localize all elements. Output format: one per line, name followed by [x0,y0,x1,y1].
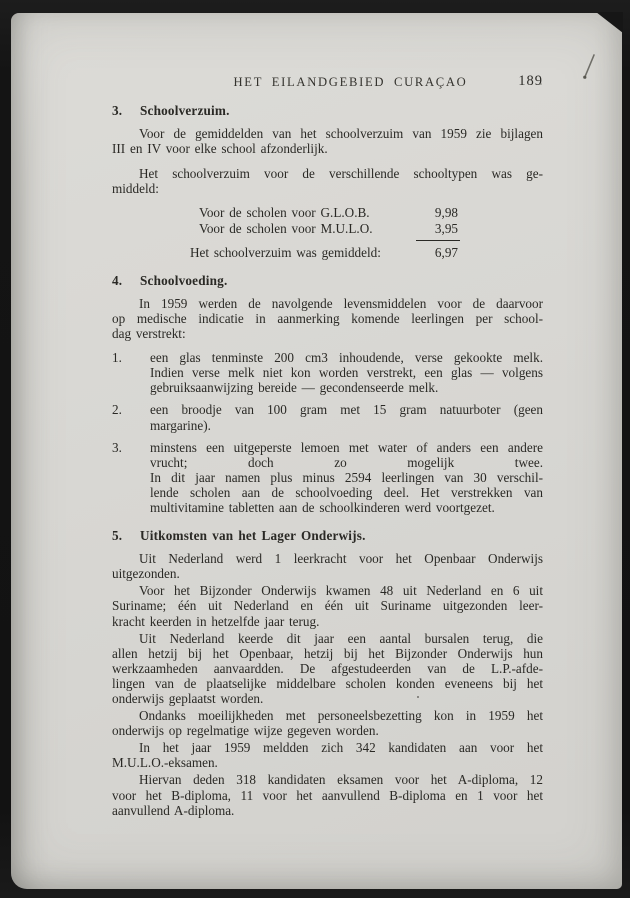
section-heading: 4. Schoolvoeding. [112,273,543,288]
paragraph: Hiervan deden 318 kandidaten eksamen voo… [112,772,543,817]
list-item-text: een glas tenminste 200 cm3 inhoudende, v… [150,350,543,395]
row-label: Voor de scholen voor M.U.L.O. [199,221,373,236]
running-header: HET EILANDGEBIED CURAÇAO 189 [112,75,543,93]
text-line: dag verstrekt: [112,326,543,341]
list-item: 2. een broodje van 100 gram met 15 gram … [112,402,543,432]
row-value: 3,95 [416,221,458,236]
document-page: HET EILANDGEBIED CURAÇAO 189 3. Schoolve… [11,13,622,889]
text-line: margarine). [150,418,543,433]
list-item-number: 3. [112,440,150,515]
text-line: uitgezonden. [112,566,543,581]
text-line: Indien verse melk niet kon worden verstr… [150,365,543,380]
paragraph: Het schoolverzuim voor de verschillende … [112,166,543,196]
text-line: In het jaar 1959 meldden zich 342 kandid… [112,740,543,755]
section-title: Uitkomsten van het Lager Onderwijs. [140,528,366,543]
text-line: gebruiksaanwijzing bereide — gecondensee… [150,380,543,395]
text-line: In 1959 werden de navolgende levensmidde… [112,296,543,311]
text-line: een broodje van 100 gram met 15 gram nat… [150,402,543,417]
section-heading: 5. Uitkomsten van het Lager Onderwijs. [112,528,543,543]
text-line: kracht keerden in hetzelfde jaar terug. [112,614,543,629]
text-line: multivitamine tabletten aan de schoolkin… [150,500,543,515]
table-total-row: Het schoolverzuim was gemiddeld: 6,97 [190,245,458,260]
text-line: aanvullend A-diploma. [112,803,543,818]
paragraph: Uit Nederland keerde dit jaar een aantal… [112,631,543,706]
row-value: 9,98 [416,205,458,220]
pencil-tick-mark [567,49,607,89]
list-item-number: 1. [112,350,150,395]
paragraph: Uit Nederland werd 1 leerkracht voor het… [112,551,543,581]
text-line: Suriname; één uit Nederland en één uit S… [112,598,543,613]
text-line: een glas tenminste 200 cm3 inhoudende, v… [150,350,543,365]
dust-speck [539,83,542,85]
text-line: minstens een uitgeperste lemoen met wate… [150,440,543,455]
total-label: Het schoolverzuim was gemiddeld: [190,245,381,260]
section-number: 4. [112,273,140,288]
text-line: voor het B-diploma, 11 voor het aanvulle… [112,788,543,803]
list-item: 1. een glas tenminste 200 cm3 inhoudende… [112,350,543,395]
text-line: vrucht; doch zo mogelijk twee. [150,455,543,470]
section-number: 5. [112,528,140,543]
section-schoolvoeding: 4. Schoolvoeding. In 1959 werden de navo… [112,273,543,515]
text-line: Uit Nederland werd 1 leerkracht voor het… [112,551,543,566]
page-body: 3. Schoolverzuim. Voor de gemiddelden va… [112,103,543,818]
dust-speck [159,113,161,115]
section-uitkomsten-lager-onderwijs: 5. Uitkomsten van het Lager Onderwijs. U… [112,528,543,818]
absence-averages-table: Voor de scholen voor G.L.O.B. 9,98 Voor … [190,205,458,259]
list-item-text: een broodje van 100 gram met 15 gram nat… [150,402,543,432]
text-line: M.U.L.O.-eksamen. [112,755,543,770]
text-line: lende scholen aan de schoolvoeding deel.… [150,485,543,500]
list-item-text: minstens een uitgeperste lemoen met wate… [150,440,543,515]
text-line: In dit jaar namen plus minus 2594 leerli… [150,470,543,485]
section-heading: 3. Schoolverzuim. [112,103,543,118]
table-row: Voor de scholen voor M.U.L.O. 3,95 [190,221,458,236]
section-title: Schoolvoeding. [140,273,227,288]
text-line: middeld: [112,181,543,196]
text-line: op medische indicatie in aanmerking kome… [112,311,543,326]
text-line: III en IV voor elke school afzonderlijk. [112,141,543,156]
paragraph: Ondanks moeilijkheden met personeelsbeze… [112,708,543,738]
dust-speck [417,696,419,698]
numbered-list: 1. een glas tenminste 200 cm3 inhoudende… [112,350,543,515]
row-label: Voor de scholen voor G.L.O.B. [199,205,370,220]
cut-corner [596,12,623,33]
table-row: Voor de scholen voor G.L.O.B. 9,98 [190,205,458,220]
section-number: 3. [112,103,140,118]
text-line: Uit Nederland keerde dit jaar een aantal… [112,631,543,646]
text-line: Ondanks moeilijkheden met personeelsbeze… [112,708,543,723]
section-title: Schoolverzuim. [140,103,230,118]
list-item: 3. minstens een uitgeperste lemoen met w… [112,440,543,515]
sum-rule [416,240,460,241]
page-number: 189 [518,73,543,90]
text-line: onderwijs op regelmatige wijze gegeven w… [112,723,543,738]
text-line: Het schoolverzuim voor de verschillende … [112,166,543,181]
text-line: onderwijs geplaatst worden. [112,691,543,706]
text-line: Hiervan deden 318 kandidaten eksamen voo… [112,772,543,787]
text-line: werkzaamheden aanvaardden. De afgestudee… [112,661,543,676]
text-line: Voor de gemiddelden van het schoolverzui… [112,126,543,141]
paragraph: Voor het Bijzonder Onderwijs kwamen 48 u… [112,583,543,628]
scanner-background: HET EILANDGEBIED CURAÇAO 189 3. Schoolve… [0,0,630,898]
paragraph: In het jaar 1959 meldden zich 342 kandid… [112,740,543,770]
text-line: lingen van de plaatselijke middelbare sc… [112,676,543,691]
text-line: allen hetzij bij het Openbaar, hetzij bi… [112,646,543,661]
text-line: Voor het Bijzonder Onderwijs kwamen 48 u… [112,583,543,598]
total-value: 6,97 [416,245,458,260]
paragraph: In 1959 werden de navolgende levensmidde… [112,296,543,341]
running-header-title: HET EILANDGEBIED CURAÇAO [112,75,543,90]
section-schoolverzuim: 3. Schoolverzuim. Voor de gemiddelden va… [112,103,543,260]
paragraph: Voor de gemiddelden van het schoolverzui… [112,126,543,156]
dust-speck [438,777,440,779]
list-item-number: 2. [112,402,150,432]
